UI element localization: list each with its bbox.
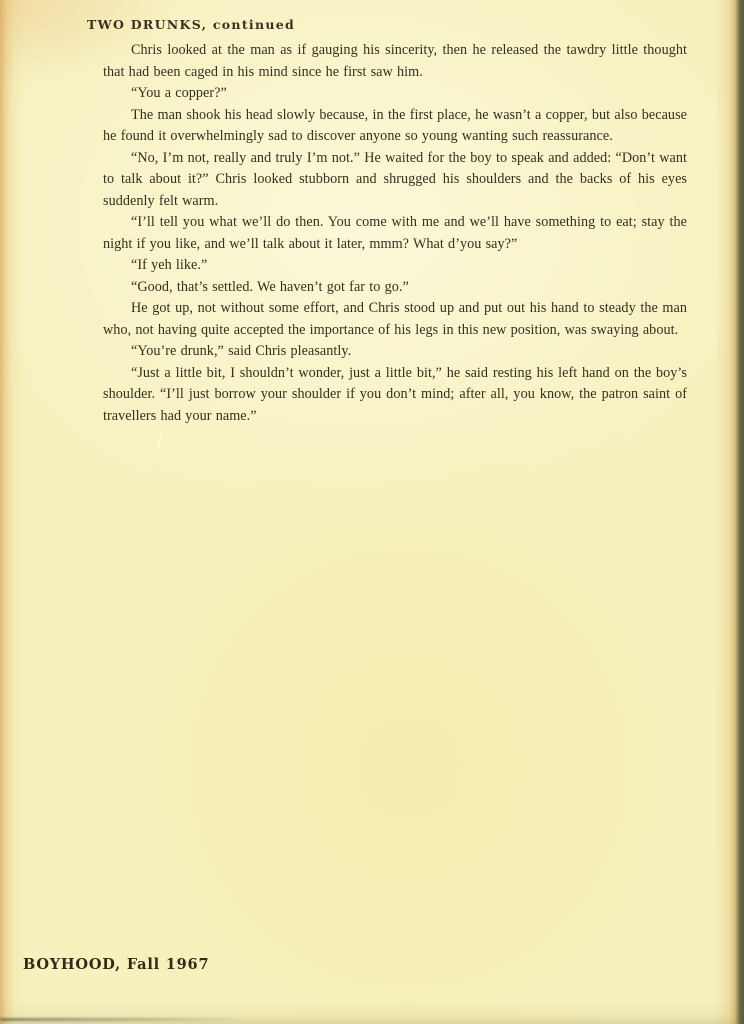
scan-edge-smudge xyxy=(0,1018,250,1021)
paper-scratch-mark xyxy=(155,430,163,456)
paragraph: The man shook his head slowly because, i… xyxy=(103,105,687,148)
paragraph: “Good, that’s settled. We haven’t got fa… xyxy=(103,277,687,299)
paragraph: “You a copper?” xyxy=(103,83,687,105)
paragraph: Chris looked at the man as if gauging hi… xyxy=(103,40,687,83)
paragraph: “If yeh like.” xyxy=(103,255,687,277)
paragraph: “I’ll tell you what we’ll do then. You c… xyxy=(103,212,687,255)
story-body: Chris looked at the man as if gauging hi… xyxy=(103,40,687,427)
scanned-page: TWO DRUNKS, continued Chris looked at th… xyxy=(0,0,744,1024)
running-header: TWO DRUNKS, continued xyxy=(87,17,295,32)
paragraph: “No, I’m not, really and truly I’m not.”… xyxy=(103,148,687,213)
paragraph: He got up, not without some effort, and … xyxy=(103,298,687,341)
paragraph: “Just a little bit, I shouldn’t wonder, … xyxy=(103,363,687,428)
publication-credit: BOYHOOD, Fall 1967 xyxy=(23,956,209,973)
paragraph: “You’re drunk,” said Chris pleasantly. xyxy=(103,341,687,363)
